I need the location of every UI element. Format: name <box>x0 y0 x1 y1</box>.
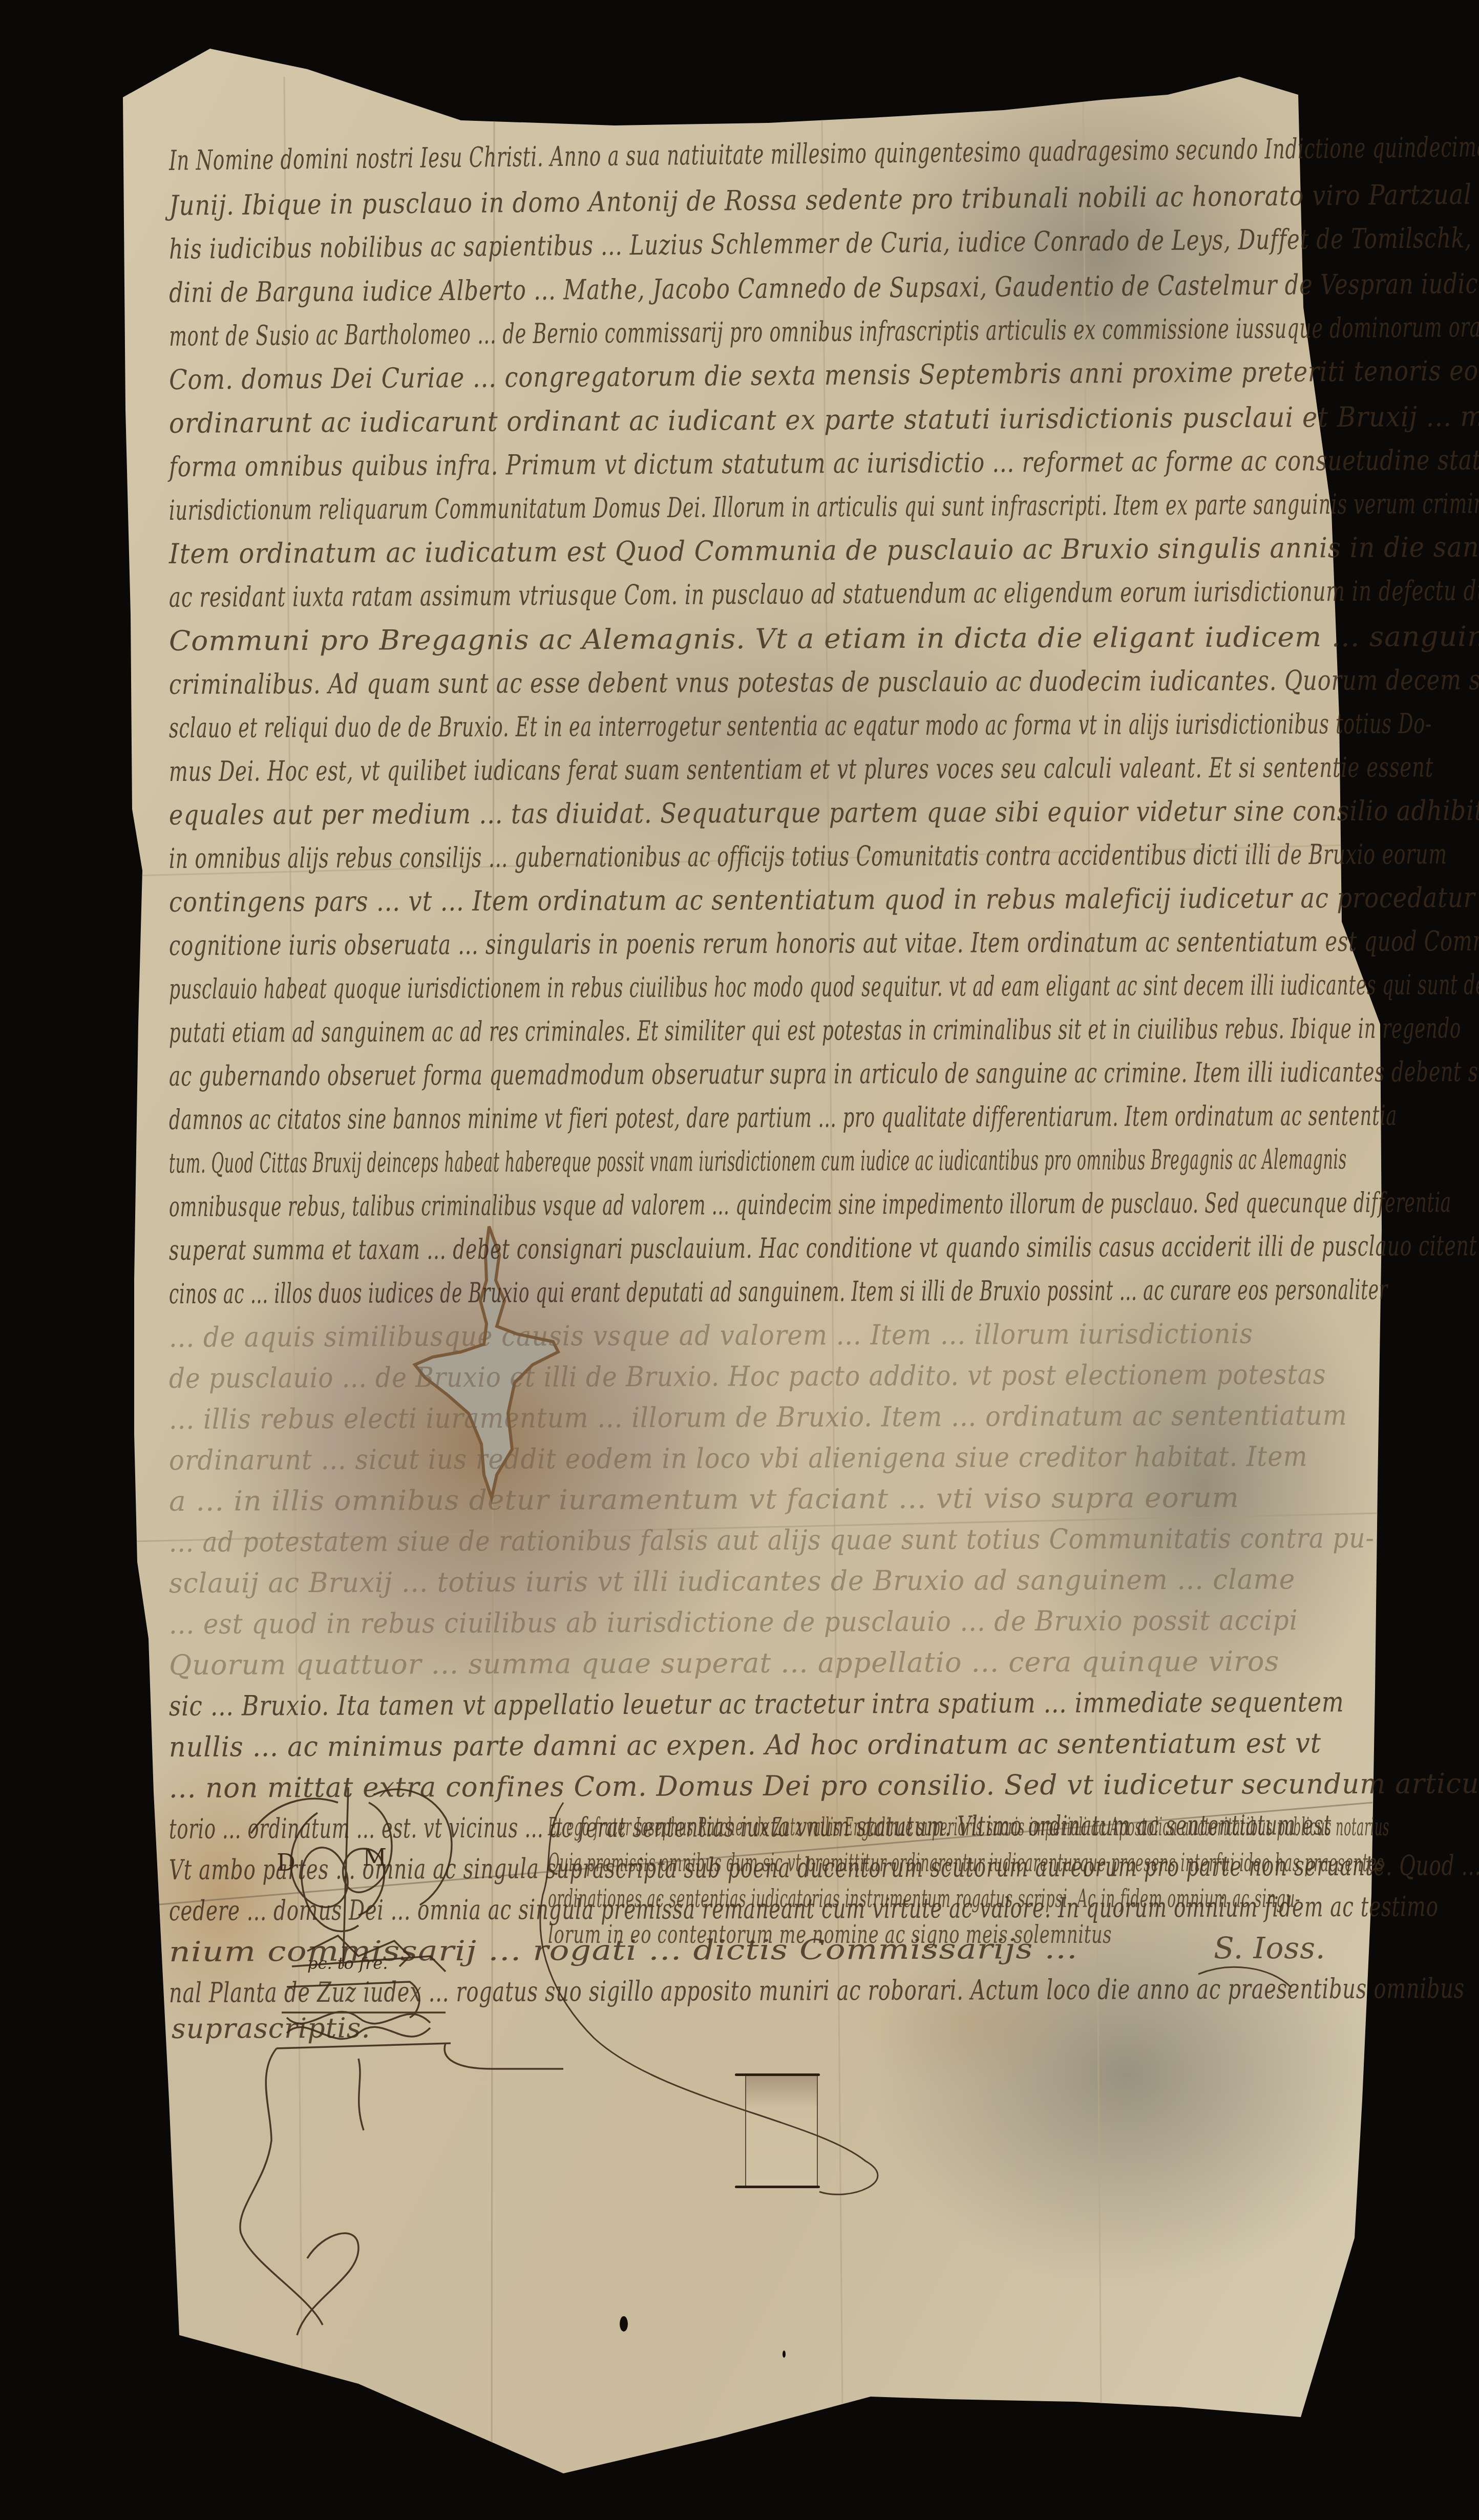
pinhole <box>620 2316 628 2332</box>
signum-letter-m: M <box>363 1844 387 1871</box>
signum-base-text: pc. to fre. <box>307 1954 388 1973</box>
subscription-bracket <box>533 1792 1352 2202</box>
notary-flourish: S. Ioss. <box>1214 1931 1325 1965</box>
pinhole <box>783 2350 786 2358</box>
manuscript-scan: D M pc. to fre. S. Ioss. <box>0 0 1479 2520</box>
signum-letter-d: D <box>277 1849 295 1876</box>
